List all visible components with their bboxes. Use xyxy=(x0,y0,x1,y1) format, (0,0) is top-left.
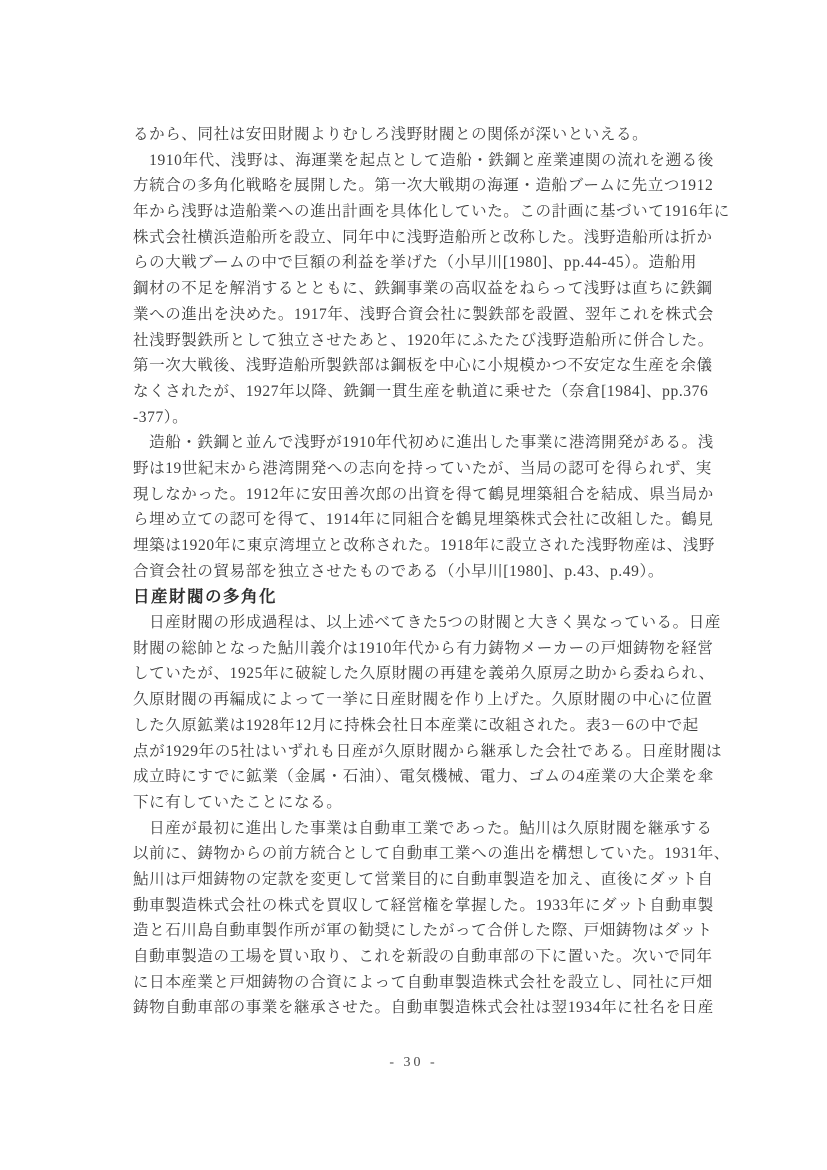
text-line: るから、同社は安田財閥よりむしろ浅野財閥との関係が深いといえる。 xyxy=(133,122,705,148)
page-number: - 30 - xyxy=(0,1055,827,1071)
text-line: 合資会社の貿易部を独立させたものである（小早川[1980]、p.43、p.49）… xyxy=(133,559,705,585)
text-line: 造船・鉄鋼と並んで浅野が1910年代初めに進出した事業に港湾開発がある。浅 xyxy=(133,430,705,456)
text-line: -377）。 xyxy=(133,405,705,431)
text-line: 野は19世紀末から港湾開発への志向を持っていたが、当局の認可を得られず、実 xyxy=(133,456,705,482)
text-line: 鋳物自動車部の事業を継承させた。自動車製造株式会社は翌1934年に社名を日産 xyxy=(133,995,705,1021)
text-line: していたが、1925年に破綻した久原財閥の再建を義弟久原房之助から委ねられ、 xyxy=(133,661,705,687)
text-line: 第一次大戦後、浅野造船所製鉄部は鋼板を中心に小規模かつ不安定な生産を余儀 xyxy=(133,353,705,379)
text-line: らの大戦ブームの中で巨額の利益を挙げた（小早川[1980]、pp.44-45）。… xyxy=(133,250,705,276)
text-line: ら埋め立ての認可を得て、1914年に同組合を鶴見埋築株式会社に改組した。鶴見 xyxy=(133,507,705,533)
text-line: 年から浅野は造船業への進出計画を具体化していた。この計画に基づいて1916年に xyxy=(133,199,705,225)
text-line: 株式会社横浜造船所を設立、同年中に浅野造船所と改称した。浅野造船所は折か xyxy=(133,225,705,251)
text-block: るから、同社は安田財閥よりむしろ浅野財閥との関係が深いといえる。 1910年代、… xyxy=(133,122,705,1021)
text-line: 点が1929年の5社はいずれも日産が久原財閥から継承した会社である。日産財閥は xyxy=(133,739,705,765)
text-line: 業への進出を決めた。1917年、浅野合資会社に製鉄部を設置、翌年これを株式会 xyxy=(133,302,705,328)
text-line: 日産が最初に進出した事業は自動車工業であった。鮎川は久原財閥を継承する xyxy=(133,816,705,842)
text-line: 造と石川島自動車製作所が軍の勧奨にしたがって合併した際、戸畑鋳物はダット xyxy=(133,918,705,944)
text-line: 以前に、鋳物からの前方統合として自動車工業への進出を構想していた。1931年、 xyxy=(133,841,705,867)
text-line: 鮎川は戸畑鋳物の定款を変更して営業目的に自動車製造を加え、直後にダット自 xyxy=(133,867,705,893)
document-page: るから、同社は安田財閥よりむしろ浅野財閥との関係が深いといえる。 1910年代、… xyxy=(0,0,827,1170)
text-line: 埋築は1920年に東京湾埋立と改称された。1918年に設立された浅野物産は、浅野 xyxy=(133,533,705,559)
text-line: 鋼材の不足を解消するとともに、鉄鋼事業の高収益をねらって浅野は直ちに鉄鋼 xyxy=(133,276,705,302)
text-line: に日本産業と戸畑鋳物の合資によって自動車製造株式会社を設立し、同社に戸畑 xyxy=(133,970,705,996)
text-line: 現しなかった。1912年に安田善次郎の出資を得て鶴見埋築組合を結成、県当局か xyxy=(133,482,705,508)
text-line: 下に有していたことになる。 xyxy=(133,790,705,816)
text-line: 社浅野製鉄所として独立させたあと、1920年にふたたび浅野造船所に併合した。 xyxy=(133,328,705,354)
section-heading: 日産財閥の多角化 xyxy=(133,584,705,610)
text-line: 自動車製造の工場を買い取り、これを新設の自動車部の下に置いた。次いで同年 xyxy=(133,944,705,970)
text-line: なくされたが、1927年以降、銑鋼一貫生産を軌道に乗せた（奈倉[1984]、pp… xyxy=(133,379,705,405)
text-line: 成立時にすでに鉱業（金属・石油）、電気機械、電力、ゴムの4産業の大企業を傘 xyxy=(133,764,705,790)
text-line: 久原財閥の再編成によって一挙に日産財閥を作り上げた。久原財閥の中心に位置 xyxy=(133,687,705,713)
text-line: 1910年代、浅野は、海運業を起点として造船・鉄鋼と産業連関の流れを遡る後 xyxy=(133,148,705,174)
text-line: 動車製造株式会社の株式を買収して経営権を掌握した。1933年にダット自動車製 xyxy=(133,893,705,919)
text-line: 方統合の多角化戦略を展開した。第一次大戦期の海運・造船ブームに先立つ1912 xyxy=(133,173,705,199)
text-line: 財閥の総帥となった鮎川義介は1910年代から有力鋳物メーカーの戸畑鋳物を経営 xyxy=(133,636,705,662)
text-line: 日産財閥の形成過程は、以上述べてきた5つの財閥と大きく異なっている。日産 xyxy=(133,610,705,636)
text-line: した久原鉱業は1928年12月に持株会社日本産業に改組された。表3－6の中で起 xyxy=(133,713,705,739)
